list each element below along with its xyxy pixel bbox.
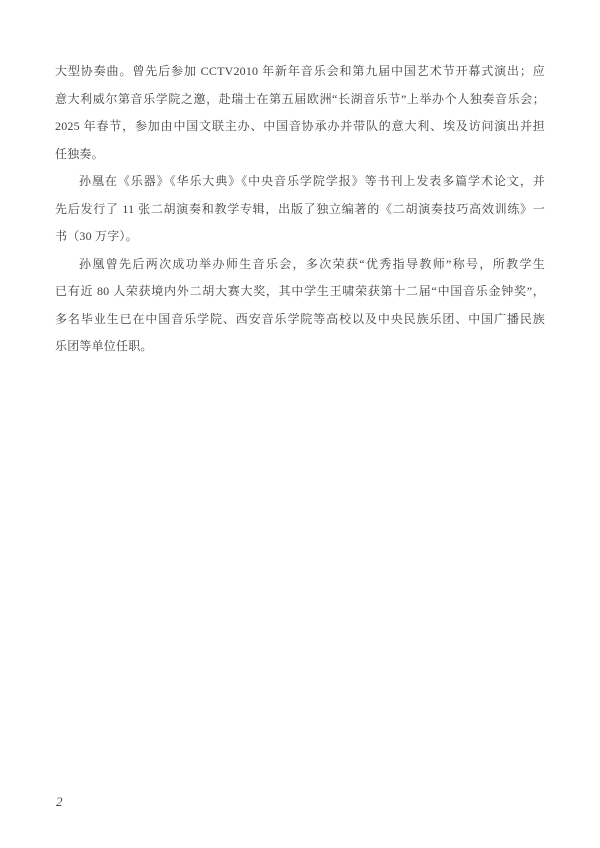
text-line: 2025 年春节，参加由中国文联主办、中国音协承办并带队的意大利、埃及访问演出并… <box>55 113 545 141</box>
page-number: 2 <box>56 794 63 810</box>
text-line: 孙凰在《乐器》《华乐大典》《中央音乐学院学报》等书刊上发表多篇学术论文，并 <box>55 168 545 196</box>
text-line: 任独奏。 <box>55 141 545 169</box>
text-content: 大型协奏曲。曾先后参加 CCTV2010 年新年音乐会和第九届中国艺术节开幕式演… <box>55 58 545 361</box>
text-line: 意大利威尔第音乐学院之邀，赴瑞士在第五届欧洲“长湖音乐节”上举办个人独奏音乐会； <box>55 86 545 114</box>
paragraph-2: 孙凰在《乐器》《华乐大典》《中央音乐学院学报》等书刊上发表多篇学术论文，并 先后… <box>55 168 545 251</box>
text-line: 书（30 万字）。 <box>55 223 545 251</box>
text-line: 已有近 80 人荣获境内外二胡大赛大奖，其中学生王啸荣获第十二届“中国音乐金钟奖… <box>55 278 545 306</box>
text-line: 多名毕业生已在中国音乐学院、西安音乐学院等高校以及中央民族乐团、中国广播民族 <box>55 306 545 334</box>
text-line: 先后发行了 11 张二胡演奏和教学专辑，出版了独立编著的《二胡演奏技巧高效训练》… <box>55 196 545 224</box>
document-page: 大型协奏曲。曾先后参加 CCTV2010 年新年音乐会和第九届中国艺术节开幕式演… <box>0 0 600 848</box>
text-line: 乐团等单位任职。 <box>55 333 545 361</box>
paragraph-3: 孙凰曾先后两次成功举办师生音乐会，多次荣获“优秀指导教师”称号，所教学生 已有近… <box>55 251 545 361</box>
text-line: 大型协奏曲。曾先后参加 CCTV2010 年新年音乐会和第九届中国艺术节开幕式演… <box>55 58 545 86</box>
paragraph-1: 大型协奏曲。曾先后参加 CCTV2010 年新年音乐会和第九届中国艺术节开幕式演… <box>55 58 545 168</box>
text-line: 孙凰曾先后两次成功举办师生音乐会，多次荣获“优秀指导教师”称号，所教学生 <box>55 251 545 279</box>
